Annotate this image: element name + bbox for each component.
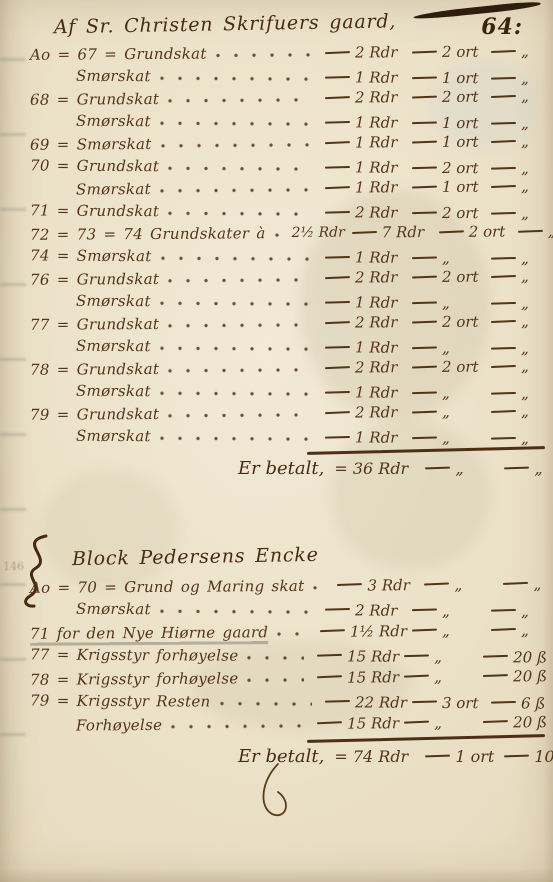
dash-stroke bbox=[325, 165, 350, 168]
amount-skilling: „ bbox=[521, 132, 547, 150]
amount-ort: 2 ort bbox=[442, 204, 486, 222]
dash-stroke bbox=[404, 675, 429, 678]
amount-skilling: „ bbox=[521, 42, 547, 60]
dash-stroke bbox=[320, 629, 345, 632]
amount-rdr: 1½ Rdr bbox=[350, 622, 407, 640]
section-heading: Block Pedersens Encke bbox=[72, 540, 547, 570]
entry-label: 79 = Krigsstyr Resten bbox=[30, 691, 211, 710]
dot-leader bbox=[159, 116, 312, 131]
amount-skilling: „ bbox=[521, 357, 547, 375]
ledger-row: 68 = Grundskat 2 Rdr 2 ort „ bbox=[30, 85, 547, 111]
amount-rdr: 1 Rdr bbox=[355, 383, 407, 401]
dash-stroke bbox=[491, 167, 516, 170]
dash-stroke bbox=[325, 435, 350, 438]
dash-stroke bbox=[404, 721, 429, 724]
total-skilling: „ bbox=[534, 459, 553, 478]
total-ort: 1 ort bbox=[455, 747, 499, 766]
amount-rdr: 2 Rdr bbox=[355, 268, 407, 286]
dash-stroke bbox=[325, 276, 350, 279]
dash-stroke bbox=[491, 302, 516, 305]
entry-label: 78 = Krigsstyr forhøyelse bbox=[30, 669, 239, 688]
dash-stroke bbox=[412, 96, 437, 99]
amount-rdr: 1 Rdr bbox=[355, 113, 407, 131]
amount-ort: „ bbox=[442, 384, 486, 402]
entry-label: 76 = Grundskat bbox=[30, 270, 159, 289]
section-heading: Af Sr. Christen Skrifuers gaard, bbox=[54, 8, 547, 39]
dot-leader bbox=[160, 138, 313, 153]
amount-rdr: 1 Rdr bbox=[355, 428, 407, 446]
margin-note: 146 bbox=[3, 560, 24, 573]
dot-leader bbox=[167, 408, 312, 423]
total-rdr: = 36 Rdr bbox=[334, 459, 420, 478]
dash-stroke bbox=[491, 50, 516, 53]
amount-ort: „ bbox=[442, 429, 486, 447]
amount-ort: „ bbox=[442, 403, 486, 421]
account-section-christen-skrifuers-gaard: Af Sr. Christen Skrifuers gaard, Ao = 67… bbox=[30, 12, 547, 481]
amount-ort: „ bbox=[442, 621, 486, 639]
ledger-row: Smørskat 1 Rdr „ „ bbox=[30, 424, 547, 450]
dash-stroke bbox=[491, 212, 516, 215]
entry-label: 79 = Grundskat bbox=[30, 405, 159, 424]
amount-ort: 2 ort bbox=[442, 358, 486, 376]
dash-stroke bbox=[317, 721, 342, 724]
dash-stroke bbox=[439, 230, 464, 233]
amount-ort: 2 ort bbox=[469, 223, 513, 241]
dash-stroke bbox=[325, 51, 350, 54]
dash-stroke bbox=[325, 210, 350, 213]
ledger-row: Ao = 67 = Grundskat 2 Rdr 2 ort „ bbox=[30, 40, 547, 66]
amount-skilling: „ bbox=[521, 312, 547, 330]
ledger-row: 77 = Grundskat 2 Rdr 2 ort „ bbox=[30, 310, 547, 336]
entry-label: Forhøyelse bbox=[30, 715, 162, 734]
dash-stroke bbox=[491, 392, 516, 395]
entry-label: 74 = Smørskat bbox=[30, 246, 152, 265]
dash-stroke bbox=[325, 700, 350, 703]
entry-label: 71 = Grundskat bbox=[30, 201, 159, 220]
amount-rdr: 22 Rdr bbox=[355, 693, 407, 711]
amount-rdr: 2 Rdr bbox=[355, 358, 407, 376]
manuscript-page: 146 64: Af Sr. Christen Skrifuers gaard,… bbox=[0, 0, 553, 882]
dot-leader bbox=[312, 580, 324, 594]
dash-stroke bbox=[337, 583, 362, 586]
dot-leader bbox=[167, 206, 312, 221]
amount-rdr: 15 Rdr bbox=[347, 668, 399, 686]
section-total: Er betalt, = 74 Rdr 1 ort 10 ß bbox=[30, 743, 547, 769]
dash-stroke bbox=[325, 141, 350, 144]
binding-edge-showthrough bbox=[0, 58, 26, 758]
dash-stroke bbox=[412, 701, 437, 704]
entry-label: Ao = 70 = Grund og Maring skat bbox=[30, 576, 305, 596]
amount-ort: 2 ort bbox=[442, 43, 486, 61]
dash-stroke bbox=[424, 583, 449, 586]
dot-leader bbox=[276, 626, 307, 640]
dash-stroke bbox=[412, 166, 437, 169]
dash-stroke bbox=[404, 655, 429, 658]
dot-leader bbox=[159, 604, 312, 619]
dash-stroke bbox=[325, 120, 350, 123]
amount-skilling: „ bbox=[521, 87, 547, 105]
dash-stroke bbox=[325, 321, 350, 324]
sum-rule-line bbox=[307, 734, 545, 742]
dash-stroke bbox=[491, 609, 516, 612]
ledger-row: Smørskat 1 Rdr 1 ort „ bbox=[30, 175, 547, 201]
dash-stroke bbox=[325, 608, 350, 611]
amount-ort: „ bbox=[442, 601, 486, 619]
dash-stroke bbox=[491, 257, 516, 260]
ledger-row: 69 = Smørskat 1 Rdr 1 ort „ bbox=[30, 130, 547, 156]
amount-rdr: 1 Rdr bbox=[355, 338, 407, 356]
amount-rdr: 2 Rdr bbox=[355, 313, 407, 331]
amount-rdr: 15 Rdr bbox=[347, 714, 399, 732]
dash-stroke bbox=[518, 230, 543, 233]
dot-leader bbox=[159, 431, 312, 446]
entry-label: 69 = Smørskat bbox=[30, 135, 152, 154]
dash-stroke bbox=[412, 609, 437, 612]
entry-label: Ao = 67 = Grundskat bbox=[30, 45, 207, 64]
dash-stroke bbox=[412, 301, 437, 304]
entry-label: 78 = Grundskat bbox=[30, 360, 159, 379]
amount-ort: 1 ort bbox=[442, 114, 486, 132]
amount-ort: 2 ort bbox=[442, 313, 486, 331]
amount-skilling: „ bbox=[521, 621, 547, 639]
dash-stroke bbox=[491, 140, 516, 143]
entry-label: Smørskat bbox=[30, 381, 151, 400]
dash-stroke bbox=[325, 390, 350, 393]
dash-stroke bbox=[412, 141, 437, 144]
dash-stroke bbox=[412, 346, 437, 349]
ledger-row: 78 = Krigsstyr forhøyelse 15 Rdr „ 20 ß bbox=[30, 664, 547, 691]
dash-stroke bbox=[491, 77, 516, 80]
dash-stroke bbox=[325, 411, 350, 414]
ledger-row: Ao = 70 = Grund og Maring skat 3 Rdr „ „ bbox=[30, 572, 547, 599]
dash-stroke bbox=[317, 654, 342, 657]
dash-stroke bbox=[325, 96, 350, 99]
dash-stroke bbox=[412, 391, 437, 394]
entry-label: 70 = Grundskat bbox=[30, 156, 159, 175]
entry-label: 77 = Krigsstyr forhøyelse bbox=[30, 645, 239, 664]
amount-rdr: 2 Rdr bbox=[355, 43, 407, 61]
amount-rdr: 1 Rdr bbox=[355, 68, 407, 86]
amount-rdr: 1 Rdr bbox=[355, 293, 407, 311]
dash-stroke bbox=[504, 754, 529, 757]
amount-skilling: „ bbox=[548, 222, 553, 240]
amount-ort: 2 ort bbox=[442, 88, 486, 106]
dash-stroke bbox=[491, 122, 516, 125]
dash-stroke bbox=[412, 121, 437, 124]
amount-ort: „ bbox=[434, 667, 478, 685]
dot-leader bbox=[215, 48, 312, 63]
amount-ort: „ bbox=[442, 294, 486, 312]
amount-ort: „ bbox=[442, 339, 486, 357]
amount-rdr: 3 Rdr bbox=[367, 576, 419, 594]
entry-label: Smørskat bbox=[30, 426, 151, 445]
amount-skilling: „ bbox=[521, 402, 547, 420]
total-label: Er betalt, bbox=[238, 746, 324, 767]
entry-label: 77 = Grundskat bbox=[30, 315, 159, 334]
dash-stroke bbox=[491, 628, 516, 631]
amount-ort: „ bbox=[442, 249, 486, 267]
dash-stroke bbox=[483, 655, 508, 658]
ledger-rows: Ao = 70 = Grund og Maring skat 3 Rdr „ „… bbox=[30, 574, 547, 735]
ledger-row: 72 = 73 = 74 Grundskater à 2½ Rdr 7 Rdr … bbox=[30, 220, 547, 246]
dash-stroke bbox=[491, 365, 516, 368]
amount-rdr: 2 Rdr bbox=[355, 601, 407, 619]
dash-stroke bbox=[503, 582, 528, 585]
account-section-block-pedersens-encke: Block Pedersens Encke Ao = 70 = Grund og… bbox=[30, 544, 547, 769]
amount-rdr: 7 Rdr bbox=[382, 223, 434, 241]
dot-leader bbox=[246, 650, 304, 664]
dash-stroke bbox=[491, 347, 516, 350]
amount-rdr: 2 Rdr bbox=[355, 88, 407, 106]
dot-leader bbox=[159, 71, 312, 86]
amount-ort: 3 ort bbox=[442, 693, 486, 711]
dot-leader bbox=[159, 386, 312, 401]
dot-leader bbox=[159, 183, 312, 198]
amount-ort: 2 ort bbox=[442, 268, 486, 286]
dot-leader bbox=[246, 672, 304, 686]
dash-stroke bbox=[412, 51, 437, 54]
dash-stroke bbox=[491, 185, 516, 188]
amount-ort: 2 ort bbox=[442, 159, 486, 177]
dash-stroke bbox=[491, 410, 516, 413]
amount-rdr: 1 Rdr bbox=[355, 178, 407, 196]
dot-leader bbox=[274, 228, 286, 242]
dash-stroke bbox=[425, 466, 450, 469]
dash-stroke bbox=[483, 720, 508, 723]
dash-stroke bbox=[425, 754, 450, 757]
amount-skilling: „ bbox=[521, 429, 547, 447]
dash-stroke bbox=[412, 211, 437, 214]
dash-stroke bbox=[412, 276, 437, 279]
dash-stroke bbox=[412, 411, 437, 414]
dot-leader bbox=[218, 696, 312, 711]
dash-stroke bbox=[352, 231, 377, 234]
entry-label: 68 = Grundskat bbox=[30, 90, 159, 109]
ledger-row: 79 = Grundskat 2 Rdr „ „ bbox=[30, 400, 547, 426]
amount-rdr: 2 Rdr bbox=[355, 203, 407, 221]
section-total: Er betalt, = 36 Rdr „ „ bbox=[30, 455, 547, 481]
dash-stroke bbox=[483, 674, 508, 677]
amount-skilling: „ bbox=[533, 575, 553, 593]
dot-leader bbox=[167, 363, 312, 378]
entry-label: 72 = 73 = 74 Grundskater à bbox=[30, 224, 266, 244]
dot-leader bbox=[159, 296, 312, 311]
dot-leader bbox=[167, 161, 312, 176]
dash-stroke bbox=[491, 95, 516, 98]
dash-stroke bbox=[412, 76, 437, 79]
dot-leader bbox=[167, 318, 312, 333]
dash-stroke bbox=[504, 466, 529, 469]
dash-stroke bbox=[491, 437, 516, 440]
entry-label: Smørskat bbox=[30, 180, 151, 199]
dash-stroke bbox=[325, 186, 350, 189]
dot-leader bbox=[159, 341, 312, 356]
amount-ort: „ bbox=[434, 713, 478, 731]
dash-stroke bbox=[412, 436, 437, 439]
amount-skilling: „ bbox=[521, 267, 547, 285]
dash-stroke bbox=[412, 186, 437, 189]
entry-label: Smørskat bbox=[30, 599, 151, 618]
dash-stroke bbox=[491, 701, 516, 704]
amount-ort: 1 ort bbox=[442, 178, 486, 196]
dash-stroke bbox=[491, 275, 516, 278]
amount-rdr: 1 Rdr bbox=[355, 158, 407, 176]
dash-stroke bbox=[412, 629, 437, 632]
entry-label: 71 for den Nye Hiørne gaard bbox=[30, 623, 268, 643]
amount-ort: „ bbox=[434, 647, 478, 665]
dash-stroke bbox=[412, 366, 437, 369]
amount-rdr: 1 Rdr bbox=[355, 133, 407, 151]
entry-label: Smørskat bbox=[30, 66, 151, 85]
dash-stroke bbox=[491, 320, 516, 323]
ledger-row: Forhøyelse 15 Rdr „ 20 ß bbox=[30, 710, 547, 737]
amount-ort: 1 ort bbox=[442, 133, 486, 151]
ledger-row: 71 for den Nye Hiørne gaard 1½ Rdr „ „ bbox=[30, 618, 547, 645]
dash-stroke bbox=[325, 300, 350, 303]
dot-leader bbox=[170, 718, 304, 733]
amount-skilling: „ bbox=[521, 177, 547, 195]
amount-rdr: 2 Rdr bbox=[355, 403, 407, 421]
dot-leader bbox=[167, 93, 312, 108]
ledger-row: 78 = Grundskat 2 Rdr 2 ort „ bbox=[30, 355, 547, 381]
amount-ort: „ bbox=[454, 575, 498, 593]
amount-rdr: 1 Rdr bbox=[355, 248, 407, 266]
dash-stroke bbox=[412, 256, 437, 259]
pen-loop-flourish-icon bbox=[248, 762, 298, 822]
total-rdr: = 74 Rdr bbox=[334, 747, 420, 766]
entry-label: Smørskat bbox=[30, 111, 151, 130]
ledger-row: 76 = Grundskat 2 Rdr 2 ort „ bbox=[30, 265, 547, 291]
amount-rdr: 15 Rdr bbox=[347, 647, 399, 665]
total-skilling: 10 ß bbox=[534, 747, 553, 766]
ledger-rows: Ao = 67 = Grundskat 2 Rdr 2 ort „ Smørsk… bbox=[30, 42, 547, 447]
amount-skilling: 20 ß bbox=[513, 713, 547, 731]
amount-skilling: 20 ß bbox=[513, 667, 547, 685]
dash-stroke bbox=[317, 675, 342, 678]
entry-label: Smørskat bbox=[30, 291, 151, 310]
dash-stroke bbox=[325, 75, 350, 78]
dash-stroke bbox=[325, 255, 350, 258]
entry-label: Smørskat bbox=[30, 336, 151, 355]
rate-note: 2½ Rdr bbox=[292, 225, 345, 241]
dash-stroke bbox=[325, 366, 350, 369]
total-ort: „ bbox=[455, 459, 499, 478]
total-label: Er betalt, bbox=[238, 458, 324, 479]
dot-leader bbox=[160, 251, 313, 266]
amount-ort: 1 ort bbox=[442, 69, 486, 87]
dash-stroke bbox=[412, 321, 437, 324]
dot-leader bbox=[167, 273, 312, 288]
dash-stroke bbox=[325, 345, 350, 348]
